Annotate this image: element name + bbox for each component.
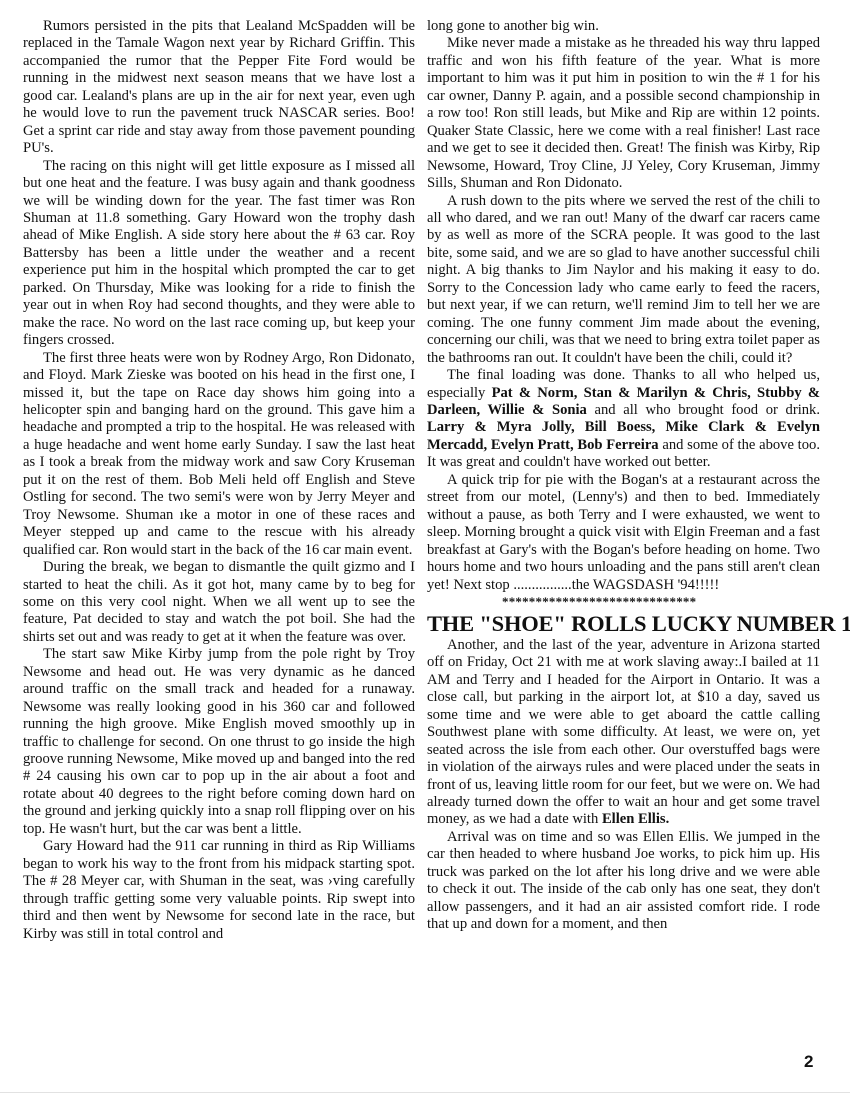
paragraph-text: During the break, we began to dismantle … [23,559,415,645]
right-column-body-after: Another, and the last of the year, adven… [427,637,820,934]
paragraph-text: A quick trip for pie with the Bogan's at… [427,472,820,593]
left-column: Rumors persisted in the pits that Lealan… [23,18,415,943]
paragraph-text: Arrival was on time and so was Ellen Ell… [427,829,820,932]
paragraph-text: Another, and the last of the year, adven… [427,637,820,828]
paragraph: A rush down to the pits where we served … [427,193,820,368]
scan-edge-line [0,1092,850,1093]
paragraph-text: long gone to another big win. [427,18,599,34]
paragraph-text: Mike never made a mistake as he threaded… [427,35,820,191]
paragraph: A quick trip for pie with the Bogan's at… [427,472,820,594]
asterisk-separator: ***************************** [427,594,820,609]
paragraph-text: and all who brought food or drink. [587,402,820,418]
paragraph: During the break, we began to dismantle … [23,559,415,646]
paragraph: long gone to another big win. [427,18,820,35]
paragraph: Mike never made a mistake as he threaded… [427,35,820,192]
right-column: long gone to another big win.Mike never … [427,18,820,934]
newsletter-page: Rumors persisted in the pits that Lealan… [0,0,850,1100]
paragraph: The final loading was done. Thanks to al… [427,367,820,472]
bold-names: Ellen Ellis. [602,811,669,827]
paragraph-text: Rumors persisted in the pits that Lealan… [23,18,415,156]
paragraph: Rumors persisted in the pits that Lealan… [23,18,415,158]
paragraph: Another, and the last of the year, adven… [427,637,820,829]
article-headline: THE "SHOE" ROLLS LUCKY NUMBER 11 [427,611,820,637]
paragraph-text: The first three heats were won by Rodney… [23,350,415,558]
paragraph: The first three heats were won by Rodney… [23,350,415,559]
paragraph: Gary Howard had the 911 car running in t… [23,838,415,943]
right-column-body-before: long gone to another big win.Mike never … [427,18,820,594]
paragraph-text: The racing on this night will get little… [23,158,415,349]
paragraph: The racing on this night will get little… [23,158,415,350]
paragraph: The start saw Mike Kirby jump from the p… [23,646,415,838]
paragraph-text: Gary Howard had the 911 car running in t… [23,838,415,941]
paragraph: Arrival was on time and so was Ellen Ell… [427,829,820,934]
paragraph-text: A rush down to the pits where we served … [427,193,820,366]
page-number: 2 [804,1052,813,1072]
paragraph-text: The start saw Mike Kirby jump from the p… [23,646,415,837]
